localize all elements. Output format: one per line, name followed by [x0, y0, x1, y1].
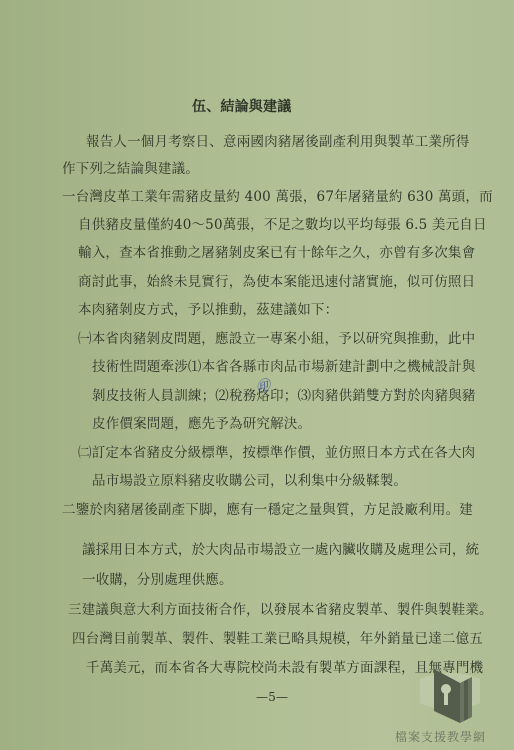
- section-title: 伍、結論與建議: [192, 96, 291, 116]
- text-line: 四台灣目前製革、製件、製鞋工業已略具規模，年外銷量已達二億五: [72, 627, 483, 647]
- text-line: 皮作價案問題，應先予為研究解決。: [92, 412, 311, 432]
- text-line: 報告人一個月考察日、意兩國肉豬屠後副產利用與製革工業所得: [86, 130, 470, 150]
- watermark-text: 檔案支援教學網: [395, 728, 510, 745]
- document-page: 伍、結論與建議 報告人一個月考察日、意兩國肉豬屠後副產利用與製革工業所得 作下列…: [0, 0, 514, 750]
- page-number: —5—: [256, 690, 288, 704]
- text-line: 商討此事，始終未見實行，為使本案能迅速付諸實施，似可仿照日: [78, 270, 475, 290]
- text-line: 作下列之結論與建議。: [62, 157, 199, 177]
- text-line: 二鑒於肉豬屠後副產下脚，應有一穩定之量與質，方足設廠利用。建: [62, 498, 473, 518]
- text-line: 剝皮技術人員訓練；⑵稅務烙印；⑶肉豬供銷雙方對於肉豬與豬: [92, 384, 476, 404]
- text-line: 一台灣皮革工業年需豬皮量約 400 萬張，67年屠豬量約 630 萬頭，而: [62, 185, 493, 205]
- text-line: 三建議與意大利方面技術合作，以發展本省豬皮製革、製件與製鞋業。: [68, 598, 493, 618]
- text-line: 技術性問題牽涉⑴本省各縣市肉品市場新建計劃中之機械設計與: [92, 355, 476, 375]
- watermark: 檔案支援教學網: [395, 665, 505, 745]
- text-line: 輸入，查本省推動之屠豬剝皮案已有十餘年之久，亦曾有多次集會: [78, 241, 475, 261]
- text-line: ㈠本省肉豬剝皮問題，應設立一專案小組，予以研究與推動，此中: [78, 327, 475, 347]
- text-line: 一收購，分別處理供應。: [82, 568, 233, 588]
- text-line: 本肉豬剝皮方式，予以推動，茲建議如下：: [78, 298, 338, 318]
- text-line: 議採用日本方式，於大肉品市場設立一處內臟收購及處理公司，統: [82, 538, 479, 558]
- text-line: 自供豬皮量僅約40～50萬張，不足之數均以平均每張 6.5 美元自日: [78, 213, 487, 233]
- text-line: 品市場設立原料豬皮收購公司，以利集中分級鞣製。: [92, 469, 407, 489]
- text-line: ㈡訂定本省豬皮分級標準，按標準作價，並仿照日本方式在各大肉: [78, 441, 475, 461]
- archive-book-keyhole-icon: [420, 665, 480, 725]
